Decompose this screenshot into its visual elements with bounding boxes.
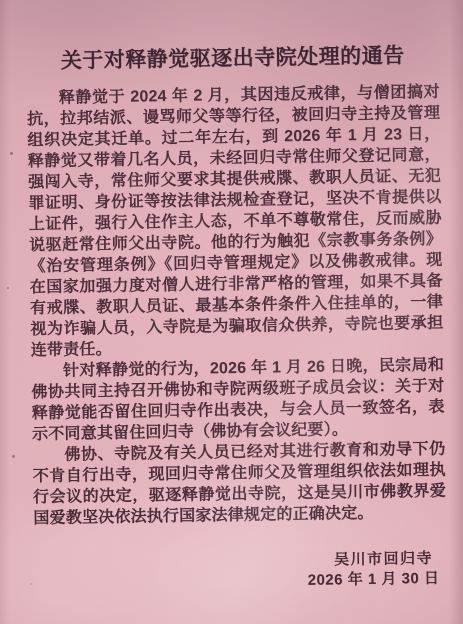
notice-paragraph: 针对释静觉的行为，2026 年 1 月 26 日晚，民宗局和佛协共同主持召开佛协… [31, 355, 445, 445]
notice-photo: 关于对释静觉驱逐出寺院处理的通告 释静觉于 2024 年 2 月，其因违反戒律，… [0, 0, 463, 624]
notice-title-text: 关于对释静觉驱逐出寺院处理的通告 [61, 44, 405, 72]
notice-document: 关于对释静觉驱逐出寺院处理的通告 释静觉于 2024 年 2 月，其因违反戒律，… [25, 0, 447, 595]
signature-block: 吴川市回归寺 2026 年 1 月 30 日 [34, 549, 448, 595]
notice-paragraph: 释静觉于 2024 年 2 月，其因违反戒律，与僧团搞对抗，拉邦结派、谩骂师父等… [27, 82, 444, 361]
dust-speck [10, 152, 13, 155]
dust-speck [30, 583, 32, 585]
dust-speck [7, 287, 9, 289]
notice-paragraph: 佛协、寺院及有关人员已经对其进行教育和劝导下仍不肯自行出寺，现回归寺常住师父及管… [32, 439, 446, 529]
notice-title: 关于对释静觉驱逐出寺院处理的通告 [26, 42, 439, 75]
dust-speck [12, 455, 15, 458]
notice-body: 释静觉于 2024 年 2 月，其因违反戒律，与僧团搞对抗，拉邦结派、谩骂师父等… [27, 82, 447, 529]
